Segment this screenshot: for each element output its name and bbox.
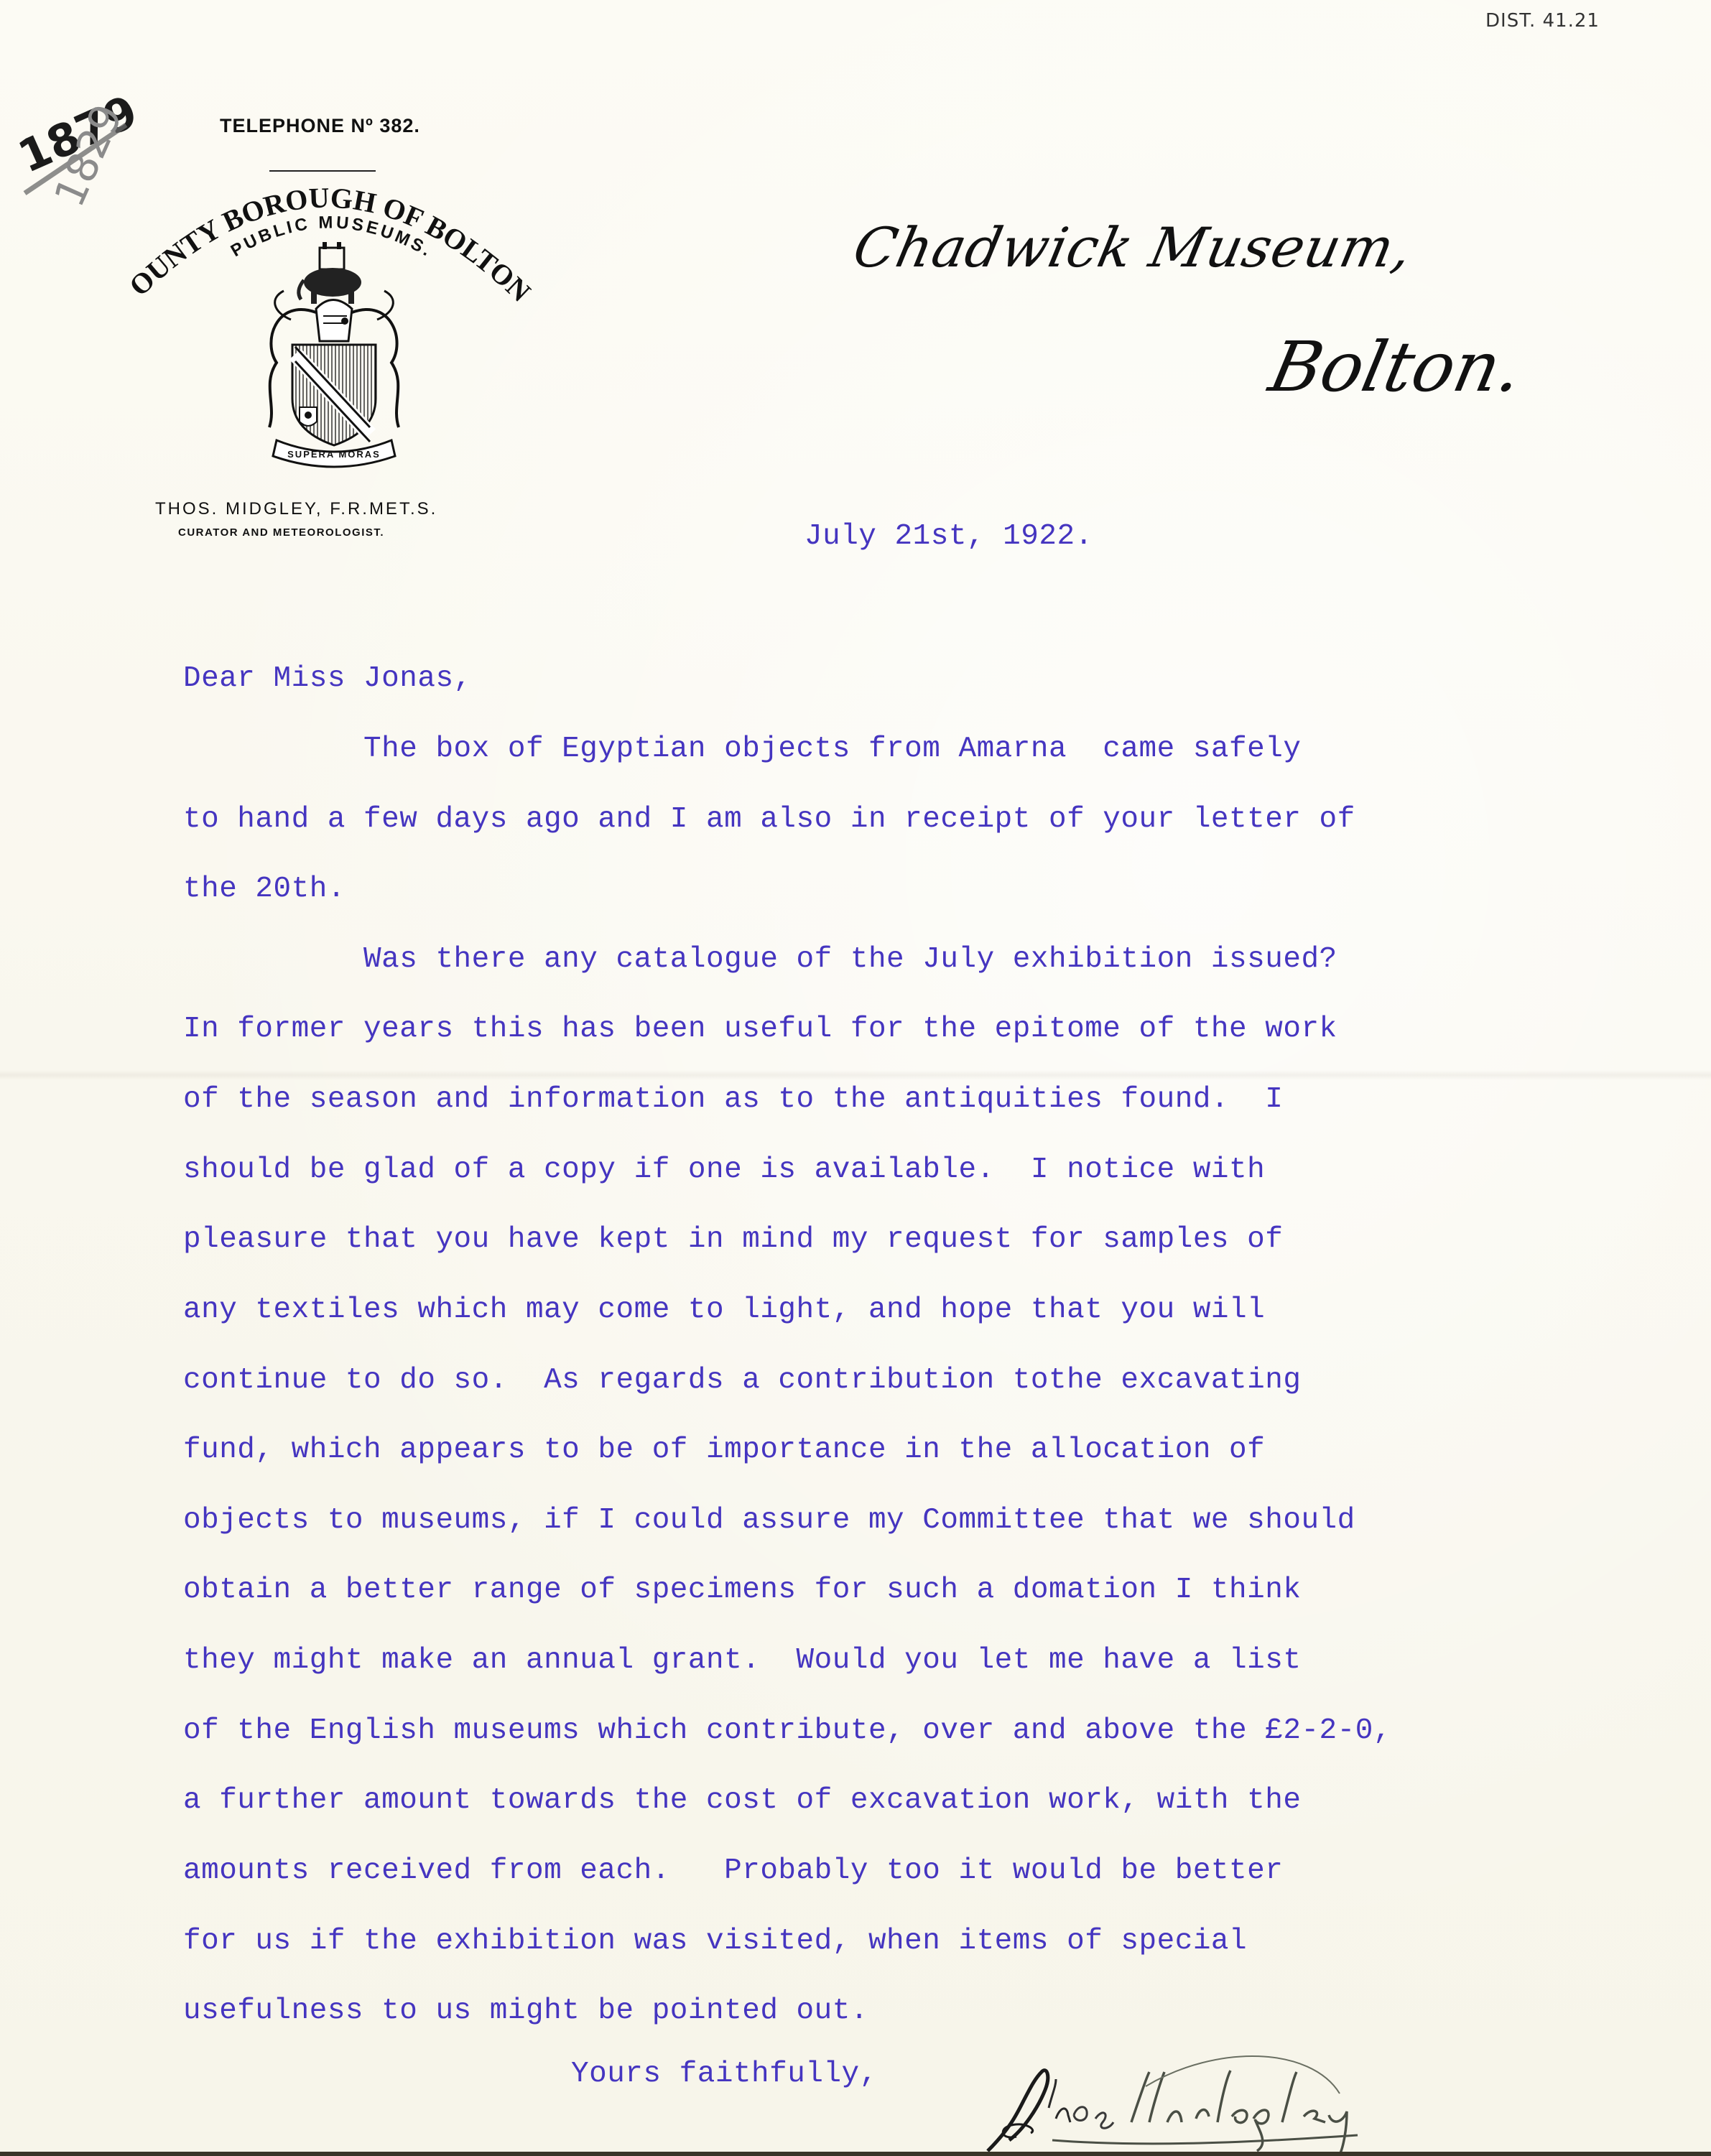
handwritten-signature: Thos. Midgley	[966, 2050, 1555, 2156]
body-line: obtain a better range of specimens for s…	[183, 1576, 1301, 1605]
museum-name-script: Chadwick Museum,	[848, 215, 1419, 279]
body-line: they might make an annual grant. Would y…	[183, 1646, 1301, 1676]
body-line: usefulness to us might be pointed out.	[183, 1997, 868, 2026]
closing: Yours faithfully,	[571, 2060, 878, 2089]
body-line: objects to museums, if I could assure my…	[183, 1506, 1355, 1535]
body-line: the 20th.	[183, 875, 346, 904]
body-line: Was there any catalogue of the July exhi…	[183, 945, 1337, 975]
body-line: any textiles which may come to light, an…	[183, 1296, 1265, 1325]
body-line: should be glad of a copy if one is avail…	[183, 1156, 1265, 1185]
body-line: to hand a few days ago and I am also in …	[183, 805, 1355, 835]
bolton-coat-of-arms-icon: SUPERA MORAS	[248, 241, 420, 470]
salutation: Dear Miss Jonas,	[183, 664, 472, 694]
body-line: of the English museums which contribute,…	[183, 1716, 1391, 1746]
curator-title: CURATOR AND METEOROLOGIST.	[178, 526, 384, 539]
letter-date: July 21st, 1922.	[805, 522, 1093, 552]
archive-reference-note: DIST. 41.21	[1485, 10, 1600, 32]
curator-name: THOS. MIDGLEY, F.R.MET.S.	[155, 499, 437, 519]
body-line: for us if the exhibition was visited, wh…	[183, 1927, 1247, 1956]
telephone-number: TELEPHONE Nº 382.	[220, 115, 420, 137]
body-line: The box of Egyptian objects from Amarna …	[183, 735, 1301, 764]
body-line: In former years this has been useful for…	[183, 1015, 1337, 1044]
paper-fold-crease	[0, 1070, 1711, 1080]
town-name-script: Bolton.	[1263, 327, 1530, 407]
body-line: continue to do so. As regards a contribu…	[183, 1366, 1301, 1395]
body-line: a further amount towards the cost of exc…	[183, 1786, 1301, 1816]
crest-motto: SUPERA MORAS	[287, 449, 381, 460]
body-line: pleasure that you have kept in mind my r…	[183, 1225, 1283, 1255]
body-line: amounts received from each. Probably too…	[183, 1857, 1283, 1886]
body-line: of the season and information as to the …	[183, 1085, 1283, 1115]
body-line: fund, which appears to be of importance …	[183, 1436, 1265, 1465]
scan-bottom-edge	[0, 2152, 1711, 2156]
